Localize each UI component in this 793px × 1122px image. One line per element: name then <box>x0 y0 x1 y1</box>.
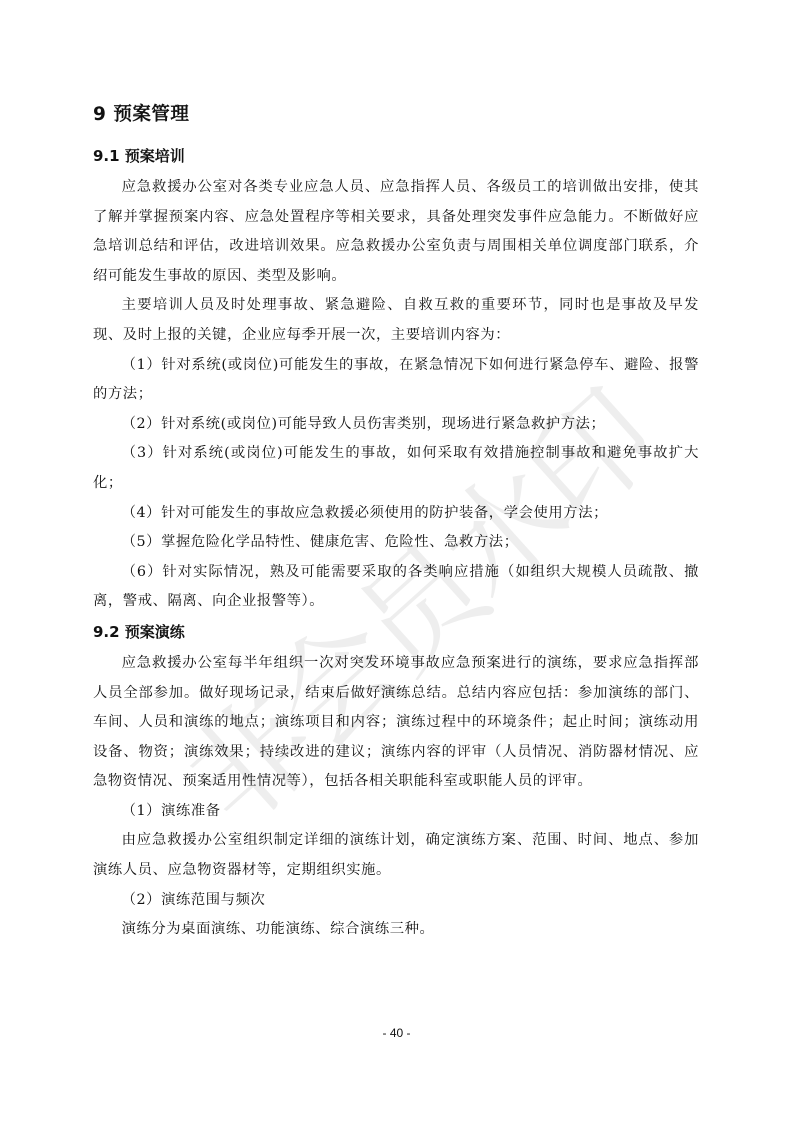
paragraph: 应急救援办公室每半年组织一次对突发环境事故应急预案进行的演练，要求应急指挥部人员… <box>93 649 699 797</box>
subheading-drill-preparation: （1）演练准备 <box>93 797 699 827</box>
section-heading-training: 9.1 预案培训 <box>93 141 699 171</box>
section-drill: 9.2 预案演练 应急救援办公室每半年组织一次对突发环境事故应急预案进行的演练，… <box>93 617 699 945</box>
page-content: 9 预案管理 9.1 预案培训 应急救援办公室对各类专业应急人员、应急指挥人员、… <box>93 98 699 945</box>
chapter-title: 9 预案管理 <box>93 98 699 132</box>
list-item: （6）针对实际情况，熟及可能需要采取的各类响应措施（如组织大规模人员疏散、撤离，… <box>93 558 699 617</box>
list-item: （1）针对系统(或岗位)可能发生的事故，在紧急情况下如何进行紧急停车、避险、报警… <box>93 351 699 410</box>
paragraph: 演练分为桌面演练、功能演练、综合演练三种。 <box>93 915 699 945</box>
section-heading-drill: 9.2 预案演练 <box>93 617 699 647</box>
section-training: 9.1 预案培训 应急救援办公室对各类专业应急人员、应急指挥人员、各级员工的培训… <box>93 141 699 617</box>
list-item: （5）掌握危险化学品特性、健康危害、危险性、急救方法； <box>93 528 699 558</box>
list-item: （2）针对系统(或岗位)可能导致人员伤害类别，现场进行紧急救护方法； <box>93 410 699 440</box>
list-item: （3）针对系统(或岗位)可能发生的事故，如何采取有效措施控制事故和避免事故扩大化… <box>93 439 699 498</box>
document-page: 非会员水印 9 预案管理 9.1 预案培训 应急救援办公室对各类专业应急人员、应… <box>0 0 793 1122</box>
list-item: （4）针对可能发生的事故应急救援必须使用的防护装备，学会使用方法； <box>93 499 699 529</box>
paragraph: 由应急救援办公室组织制定详细的演练计划，确定演练方案、范围、时间、地点、参加演练… <box>93 826 699 885</box>
page-number: - 40 - <box>0 1026 793 1040</box>
paragraph: 应急救援办公室对各类专业应急人员、应急指挥人员、各级员工的培训做出安排，使其了解… <box>93 173 699 291</box>
subheading-drill-scope: （2）演练范围与频次 <box>93 886 699 916</box>
paragraph: 主要培训人员及时处理事故、紧急避险、自救互救的重要环节，同时也是事故及早发现、及… <box>93 291 699 350</box>
